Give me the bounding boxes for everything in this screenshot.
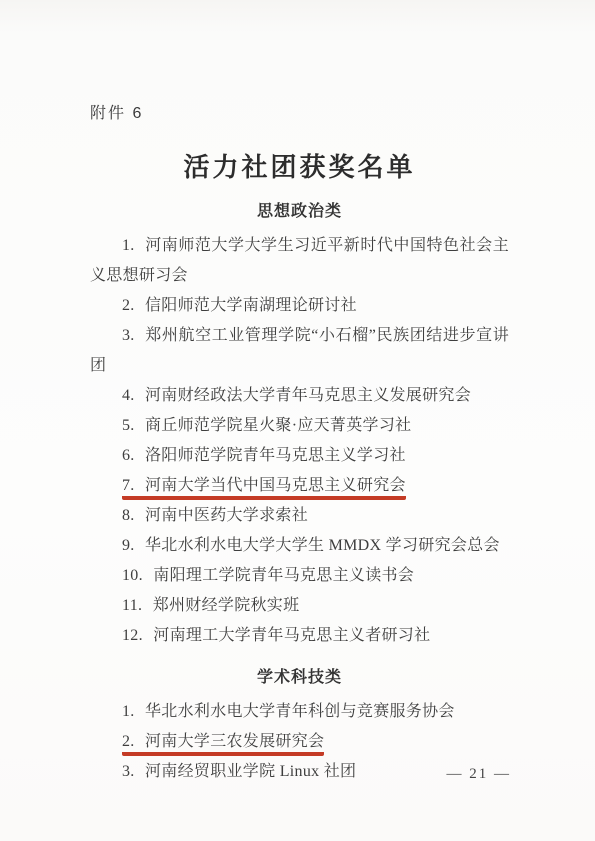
list-item: 10.南阳理工学院青年马克思主义读书会 [90, 561, 509, 591]
item-number: 1. [122, 237, 135, 254]
section-heading: 学术科技类 [90, 666, 509, 690]
item-text: 河南师范大学大学生习近平新时代中国特色社会主义思想研习会 [90, 237, 509, 284]
list-item: 2.河南大学三农发展研究会 [90, 727, 509, 757]
item-number: 7. [122, 477, 135, 494]
list-item: 1.河南师范大学大学生习近平新时代中国特色社会主义思想研习会 [90, 231, 509, 291]
item-content: 2.信阳师范大学南湖理论研讨社 [122, 297, 357, 314]
item-content: 3.郑州航空工业管理学院“小石榴”民族团结进步宣讲团 [90, 327, 509, 374]
item-number: 6. [122, 447, 135, 464]
attachment-label: 附件 6 [90, 100, 509, 123]
item-content: 12.河南理工大学青年马克思主义者研习社 [122, 627, 430, 644]
section-heading: 思想政治类 [90, 200, 509, 224]
item-text: 郑州财经学院秋实班 [153, 597, 300, 614]
item-content: 6.洛阳师范学院青年马克思主义学习社 [122, 447, 406, 464]
item-number: 11. [122, 597, 142, 614]
item-text: 河南大学三农发展研究会 [145, 733, 324, 750]
item-number: 3. [122, 763, 135, 780]
list-item: 5.商丘师范学院星火聚·应天菁英学习社 [90, 411, 509, 441]
item-text: 河南大学当代中国马克思主义研究会 [145, 477, 406, 494]
list-item: 9.华北水利水电大学大学生 MMDX 学习研究会总会 [90, 531, 509, 561]
item-text: 河南财经政法大学青年马克思主义发展研究会 [145, 387, 471, 404]
red-underlined-item: 2.河南大学三农发展研究会 [122, 733, 324, 756]
item-content: 3.河南经贸职业学院 Linux 社团 [122, 763, 356, 780]
item-text: 郑州航空工业管理学院“小石榴”民族团结进步宣讲团 [90, 327, 509, 374]
list-item: 1.华北水利水电大学青年科创与竞赛服务协会 [90, 697, 509, 727]
item-number: 2. [122, 733, 135, 750]
item-text: 南阳理工学院青年马克思主义读书会 [153, 567, 414, 584]
section: 思想政治类1.河南师范大学大学生习近平新时代中国特色社会主义思想研习会2.信阳师… [90, 200, 509, 651]
item-text: 河南中医药大学求索社 [145, 507, 308, 524]
item-content: 5.商丘师范学院星火聚·应天菁英学习社 [122, 417, 411, 434]
list-item: 2.信阳师范大学南湖理论研讨社 [90, 291, 509, 321]
list-item: 6.洛阳师范学院青年马克思主义学习社 [90, 441, 509, 471]
item-text: 信阳师范大学南湖理论研讨社 [145, 297, 357, 314]
list-item: 4.河南财经政法大学青年马克思主义发展研究会 [90, 381, 509, 411]
item-text: 洛阳师范学院青年马克思主义学习社 [145, 447, 406, 464]
item-number: 10. [122, 567, 143, 584]
item-number: 8. [122, 507, 135, 524]
list-item: 3.郑州航空工业管理学院“小石榴”民族团结进步宣讲团 [90, 321, 509, 381]
item-text: 河南经贸职业学院 Linux 社团 [145, 763, 356, 780]
item-content: 1.华北水利水电大学青年科创与竞赛服务协会 [122, 703, 455, 720]
red-underlined-item: 7.河南大学当代中国马克思主义研究会 [122, 477, 406, 500]
item-content: 11.郑州财经学院秋实班 [122, 597, 299, 614]
document-page: 附件 6 活力社团获奖名单 思想政治类1.河南师范大学大学生习近平新时代中国特色… [0, 0, 595, 841]
list-item: 12.河南理工大学青年马克思主义者研习社 [90, 621, 509, 651]
sections: 思想政治类1.河南师范大学大学生习近平新时代中国特色社会主义思想研习会2.信阳师… [90, 200, 509, 787]
item-content: 4.河南财经政法大学青年马克思主义发展研究会 [122, 387, 471, 404]
item-text: 华北水利水电大学青年科创与竞赛服务协会 [145, 703, 455, 720]
page-number: — 21 — [447, 766, 512, 783]
item-number: 1. [122, 703, 135, 720]
list-item: 7.河南大学当代中国马克思主义研究会 [90, 471, 509, 501]
item-number: 12. [122, 627, 143, 644]
item-number: 9. [122, 537, 135, 554]
item-content: 9.华北水利水电大学大学生 MMDX 学习研究会总会 [122, 537, 500, 554]
item-text: 河南理工大学青年马克思主义者研习社 [153, 627, 430, 644]
item-text: 华北水利水电大学大学生 MMDX 学习研究会总会 [145, 537, 500, 554]
list-item: 8.河南中医药大学求索社 [90, 501, 509, 531]
item-content: 8.河南中医药大学求索社 [122, 507, 308, 524]
item-text: 商丘师范学院星火聚·应天菁英学习社 [145, 417, 411, 434]
page-title: 活力社团获奖名单 [90, 151, 509, 185]
item-content: 1.河南师范大学大学生习近平新时代中国特色社会主义思想研习会 [90, 237, 509, 284]
list-item: 11.郑州财经学院秋实班 [90, 591, 509, 621]
item-number: 3. [122, 327, 135, 344]
item-number: 2. [122, 297, 135, 314]
item-content: 10.南阳理工学院青年马克思主义读书会 [122, 567, 414, 584]
item-number: 4. [122, 387, 135, 404]
item-number: 5. [122, 417, 135, 434]
